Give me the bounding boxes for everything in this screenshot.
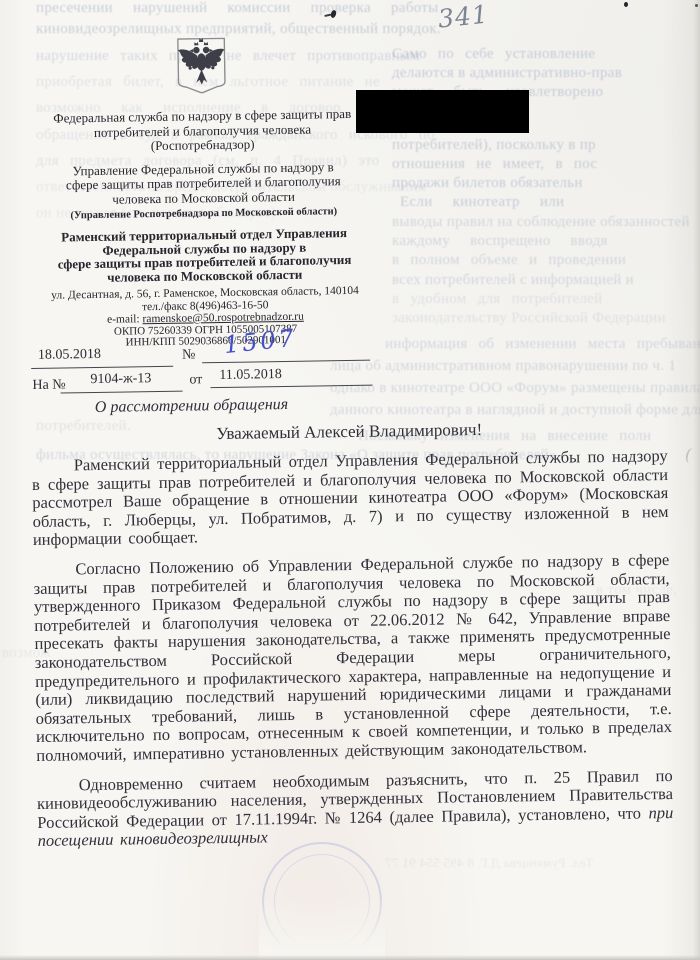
redaction-box (356, 90, 529, 133)
ink-speck (624, 2, 628, 7)
underline-rule (202, 360, 370, 364)
underline-rule (61, 391, 183, 394)
body-paragraph-3: Одновременно считаем необходимым разъясн… (37, 766, 674, 850)
salutation: Уважаемый Алексей Владимирович! (31, 417, 667, 447)
regional-office-short-name: (Управление Роспотребнадзора по Московск… (11, 205, 397, 222)
subject-line: О рассмотрении обращения (95, 396, 289, 417)
coat-of-arms-icon (174, 36, 229, 97)
underline-rule (31, 366, 173, 369)
from-label: от (189, 372, 202, 388)
body-paragraph-1: Раменский территориальный отдел Управлен… (32, 447, 669, 550)
outgoing-date: 18.05.2018 (38, 347, 101, 364)
reply-to-label: На № (32, 377, 65, 394)
underline-rule (211, 385, 373, 389)
handwritten-outgoing-number: 1507 (223, 324, 299, 359)
incoming-number: 9104-ж-13 (90, 371, 151, 388)
document-page: пресечении нарушений комиссии проверка р… (0, 0, 700, 960)
handwritten-page-number: 341 (437, 0, 490, 34)
ink-speck (695, 4, 698, 7)
letterhead: Федеральная служба по надзору в сфере за… (8, 33, 399, 351)
body-paragraph-2: Согласно Положению об Управлении Федерал… (33, 551, 672, 765)
number-sign-label: № (182, 347, 196, 363)
letter-body: Раменский территориальный отдел Управлен… (32, 447, 674, 851)
incoming-date: 11.05.2018 (219, 367, 282, 384)
